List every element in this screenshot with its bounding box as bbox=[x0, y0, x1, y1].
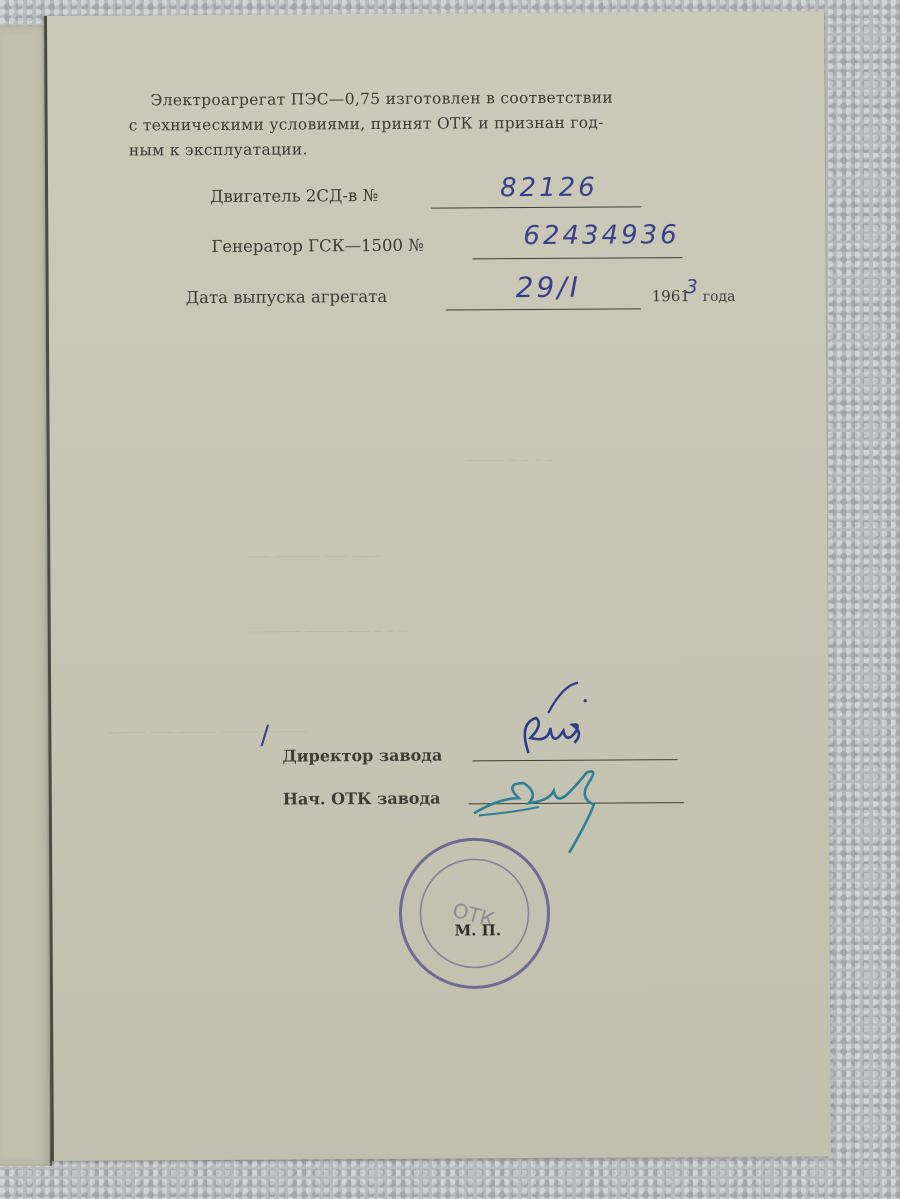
generator-number-value: 62434936 bbox=[523, 220, 680, 251]
release-year-suffix: года bbox=[703, 289, 736, 305]
statement-line: Электроагрегат ПЭС—0,75 изготовлен в соо… bbox=[128, 85, 753, 114]
generator-number-line bbox=[472, 257, 682, 259]
stamp-placeholder-mp: М. П. bbox=[455, 921, 502, 939]
bleed-through-text: _____ _ _ _ _ bbox=[467, 443, 554, 462]
tick-mark: / bbox=[260, 721, 269, 751]
release-year-printed: 1961 bbox=[652, 287, 690, 305]
engine-number-label: Двигатель 2СД-в № bbox=[210, 186, 378, 206]
release-year-correction: 3 bbox=[686, 276, 698, 298]
release-date-line bbox=[446, 308, 641, 310]
release-date-label: Дата выпуска агрегата bbox=[186, 287, 388, 307]
bleed-through-text: _______ _____ ___ _ _ _ bbox=[248, 614, 407, 633]
release-date-value: 29/I bbox=[516, 271, 582, 304]
certificate-page: _____ _ _ _ _ ___ ______ ___ ____ ______… bbox=[44, 11, 831, 1161]
otk-stamp: ОТК М. П. bbox=[394, 833, 555, 994]
statement-line: ным к эксплуатации. bbox=[129, 135, 754, 164]
qc-chief-signature-label: Нач. ОТК завода bbox=[283, 789, 441, 809]
engine-number-line bbox=[431, 206, 641, 208]
stamp-circle: ОТК bbox=[394, 833, 555, 994]
certificate-statement: Электроагрегат ПЭС—0,75 изготовлен в соо… bbox=[128, 85, 753, 164]
statement-line: с техническими условиями, принят ОТК и п… bbox=[129, 110, 754, 139]
bleed-through-text: _____ ___ _____ _____ ______ bbox=[108, 714, 307, 733]
bleed-through-text: ___ ______ ___ ____ bbox=[247, 539, 381, 558]
generator-number-label: Генератор ГСК—1500 № bbox=[211, 236, 424, 256]
engine-number-value: 82126 bbox=[500, 173, 598, 204]
director-signature-label: Директор завода bbox=[282, 746, 442, 766]
